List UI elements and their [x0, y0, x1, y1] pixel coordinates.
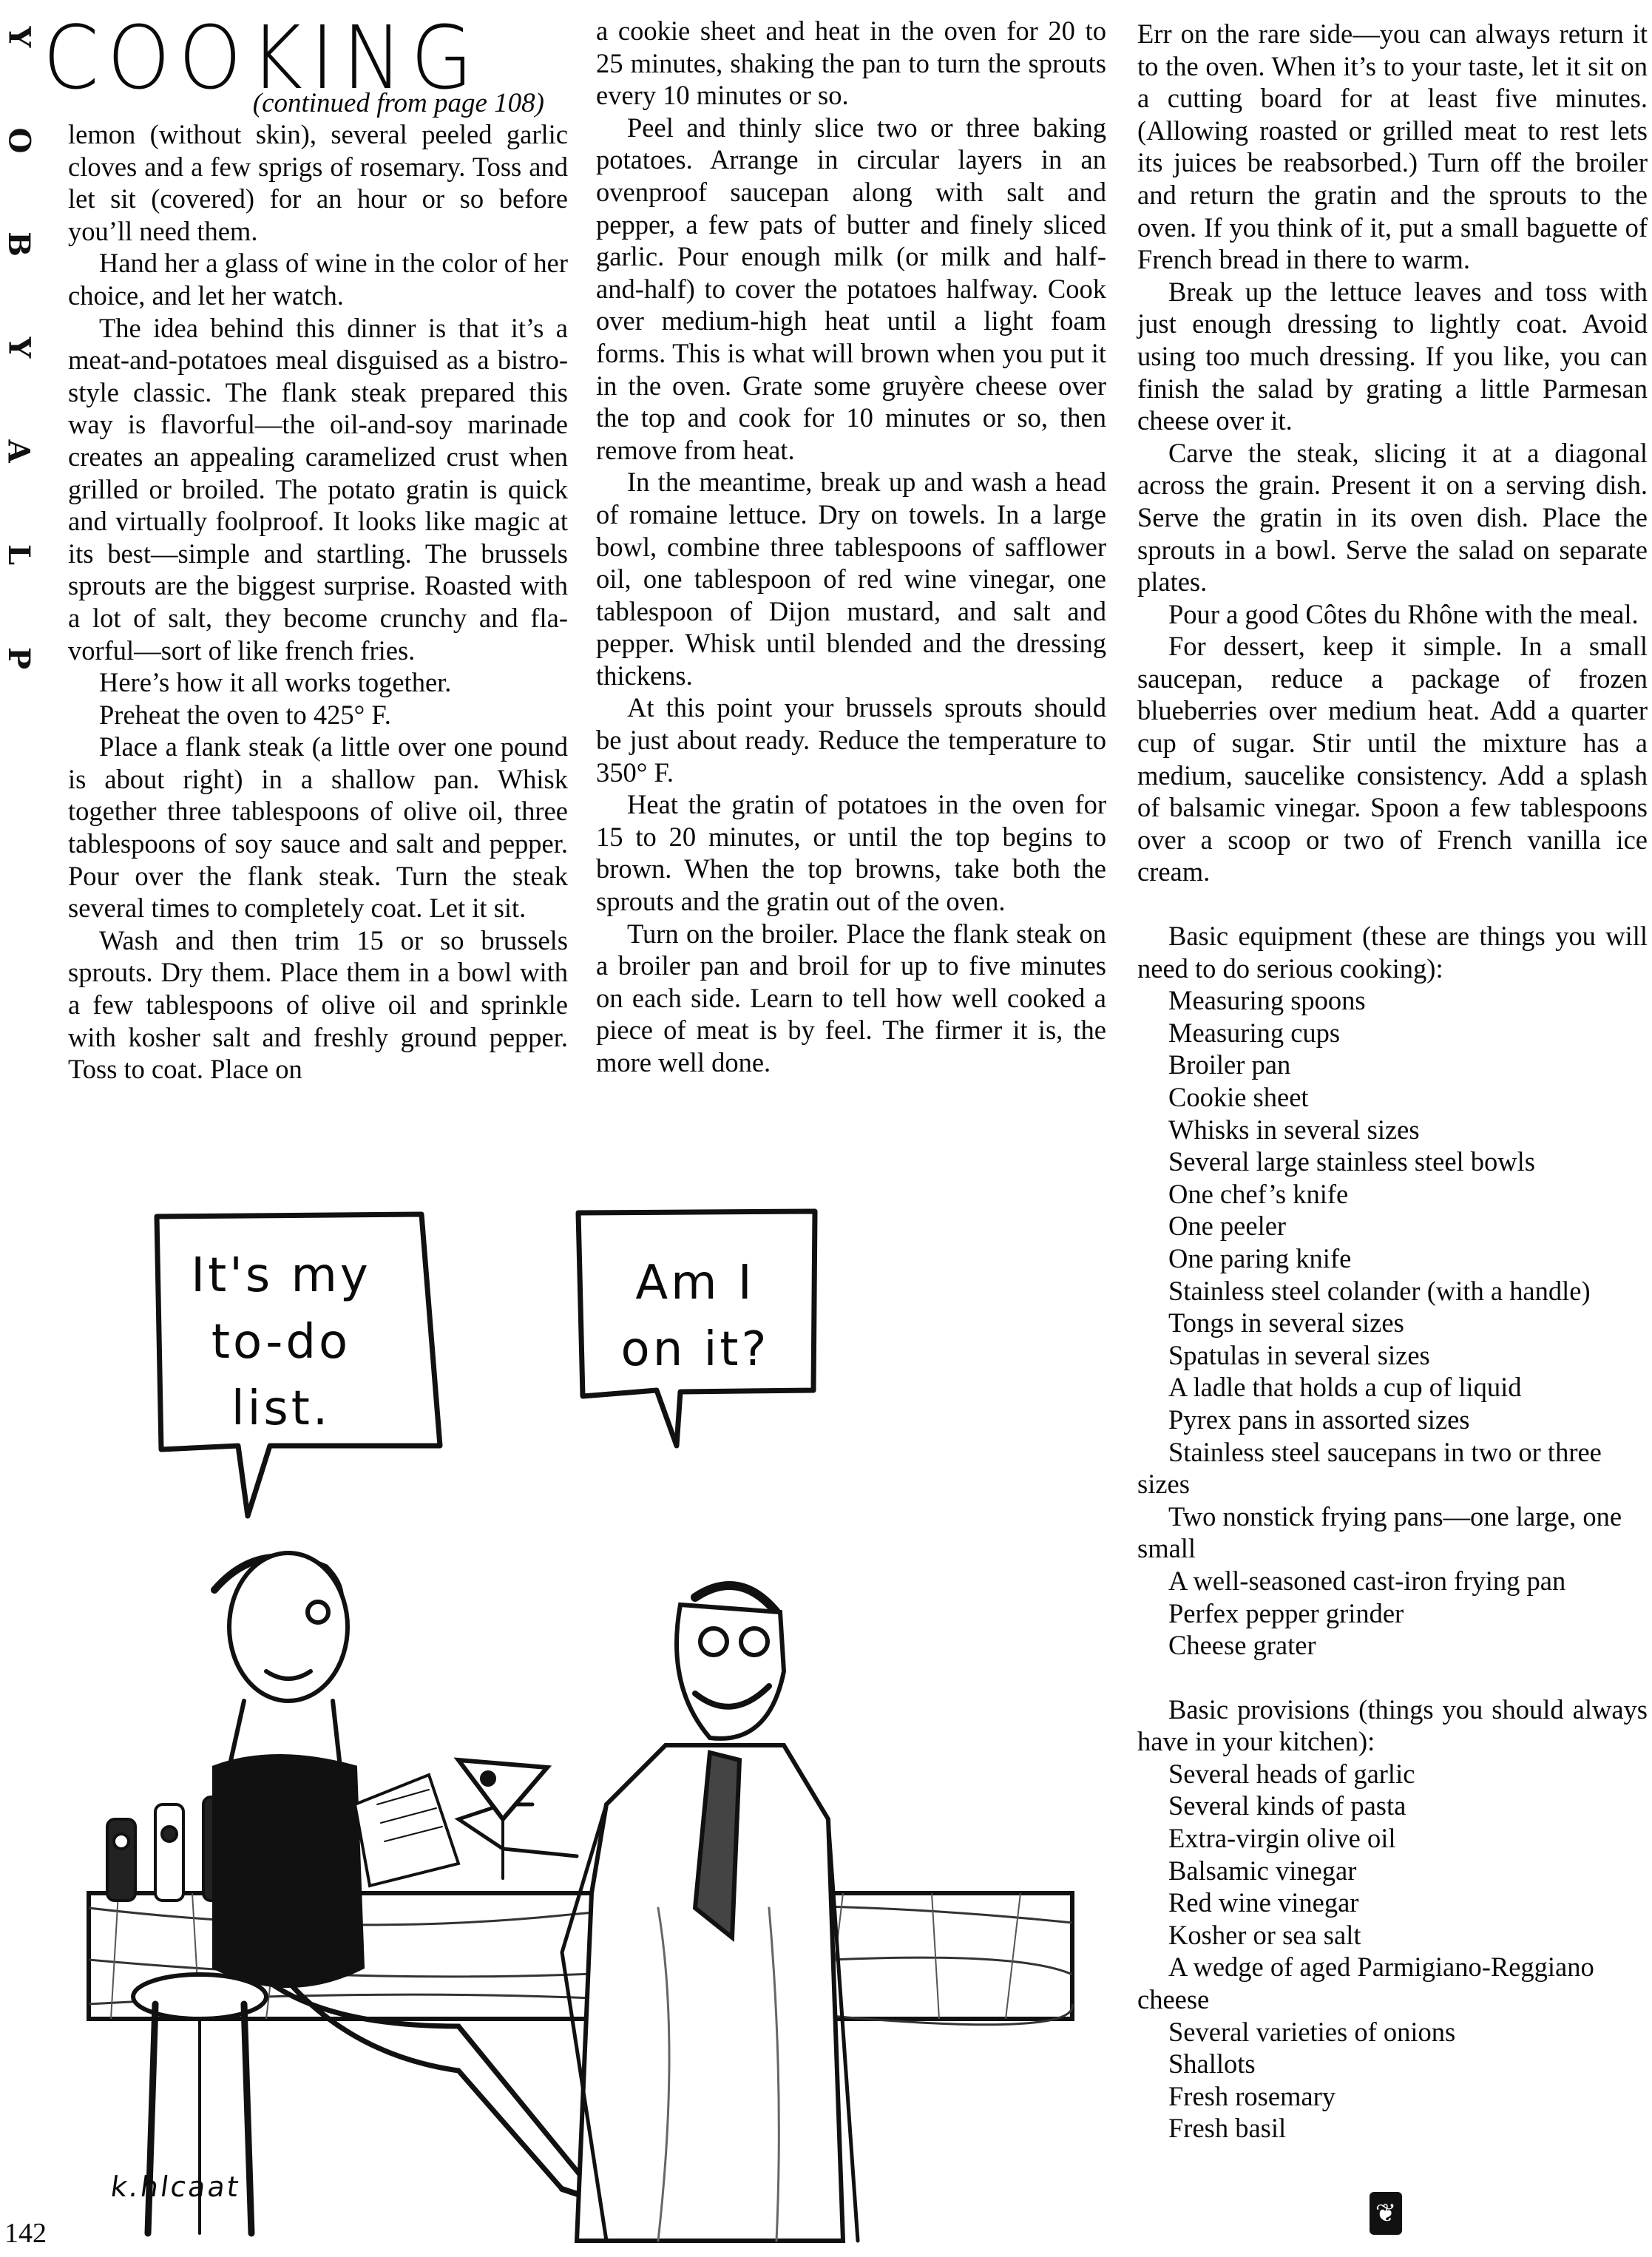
paragraph: lemon (without skin), several peeled gar… [68, 118, 568, 247]
article-column-2: a cookie sheet and heat in the oven for … [596, 15, 1106, 1079]
list-item: Shallots [1137, 2048, 1648, 2080]
paragraph: Here’s how it all works together. [68, 666, 568, 699]
list-item: Kosher or sea salt [1137, 1919, 1648, 1952]
brand-letter: Y [4, 27, 33, 48]
paragraph: Place a flank steak (a little over one p… [68, 731, 568, 924]
list-item: One peeler [1137, 1210, 1648, 1242]
brand-letter: O [4, 128, 33, 154]
paragraph: Turn on the broiler. Place the flank ste… [596, 918, 1106, 1079]
equipment-list: Basic equipment (these are things you wi… [1137, 920, 1648, 1662]
list-item: Cookie sheet [1137, 1081, 1648, 1114]
list-item: Several heads of garlic [1137, 1758, 1648, 1790]
article-column-1: lemon (without skin), several peeled gar… [68, 118, 568, 1086]
speech-bubble-left-text: It's my to-do list. [133, 1242, 429, 1442]
paragraph: At this point your brussels sprouts shou… [596, 691, 1106, 788]
list-item: Red wine vinegar [1137, 1887, 1648, 1919]
list-item: Extra-virgin olive oil [1137, 1822, 1648, 1855]
list-item: Several kinds of pasta [1137, 1790, 1648, 1822]
paragraph: Break up the lettuce leaves and toss wit… [1137, 276, 1648, 437]
list-item: Balsamic vinegar [1137, 1855, 1648, 1887]
speech-bubble-right-text: Am I on it? [584, 1250, 806, 1383]
provisions-list: Basic provisions (things you should al­w… [1137, 1693, 1648, 2145]
list-item: Stainless steel saucepans in two or thre… [1137, 1436, 1648, 1500]
to-do-list-paper [355, 1775, 458, 1886]
list-item: Fresh basil [1137, 2112, 1648, 2145]
list-item: A wedge of aged Parmigiano-Reggiano chee… [1137, 1951, 1648, 2015]
list-item: Whisks in several sizes [1137, 1114, 1648, 1146]
paragraph: Heat the gratin of potatoes in the oven … [596, 788, 1106, 917]
paragraph: a cookie sheet and heat in the oven for … [596, 15, 1106, 112]
list-item: Fresh rosemary [1137, 2080, 1648, 2113]
list-item: Stainless steel colander (with a handle) [1137, 1275, 1648, 1307]
paragraph: Err on the rare side—you can always re­t… [1137, 18, 1648, 276]
list-item: Several large stainless steel bowls [1137, 1146, 1648, 1178]
list-item: Tongs in several sizes [1137, 1307, 1648, 1339]
paragraph: Peel and thinly slice two or three bak­i… [596, 112, 1106, 467]
paragraph: Preheat the oven to 425° F. [68, 699, 568, 731]
paragraph: Pour a good Côtes du Rhône with the meal… [1137, 598, 1648, 631]
cartoon-illustration: It's my to-do list. Am I on it? [44, 1154, 1109, 2248]
list-item: One paring knife [1137, 1242, 1648, 1275]
brand-letter: B [4, 231, 33, 257]
sidebar-brand: Y O B Y A L P [0, 22, 37, 673]
paragraph: Carve the steak, slicing it at a diagona… [1137, 437, 1648, 598]
list-item: Two nonstick frying pans—one large, one … [1137, 1500, 1648, 1565]
continued-note: (continued from page 108) [175, 87, 544, 120]
article-column-3: Err on the rare side—you can always re­t… [1137, 18, 1648, 2145]
paragraph: In the meantime, break up and wash a hea… [596, 466, 1106, 691]
list-item: Broiler pan [1137, 1049, 1648, 1081]
paragraph: Hand her a glass of wine in the color of… [68, 247, 568, 311]
paragraph: Wash and then trim 15 or so brussels spr… [68, 924, 568, 1086]
artist-signature: k.hlcaat [109, 2170, 243, 2203]
brand-letter: P [4, 647, 33, 669]
list-item: Several varieties of onions [1137, 2016, 1648, 2048]
list-item: Spatulas in several sizes [1137, 1339, 1648, 1372]
list-item: Pyrex pans in assorted sizes [1137, 1404, 1648, 1436]
rabbit-head-icon: ❦ [1370, 2192, 1402, 2235]
brand-letter: L [4, 544, 33, 565]
paragraph: For dessert, keep it simple. In a small … [1137, 630, 1648, 888]
martini-glass [458, 1760, 547, 1819]
list-item: Measuring cups [1137, 1017, 1648, 1049]
equipment-intro: Basic equipment (these are things you wi… [1137, 920, 1648, 984]
brand-letter: A [4, 439, 33, 462]
list-item: A well-seasoned cast-iron frying pan [1137, 1565, 1648, 1597]
list-item: Perfex pepper grinder [1137, 1597, 1648, 1630]
page-number: 142 [4, 2219, 47, 2248]
provisions-intro: Basic provisions (things you should al­w… [1137, 1693, 1648, 1758]
brand-letter: Y [4, 337, 33, 359]
list-item: A ladle that holds a cup of liquid [1137, 1371, 1648, 1404]
list-item: One chef’s knife [1137, 1178, 1648, 1211]
paragraph: The idea behind this dinner is that it’s… [68, 312, 568, 667]
list-item: Measuring spoons [1137, 984, 1648, 1017]
list-item: Cheese grater [1137, 1629, 1648, 1662]
